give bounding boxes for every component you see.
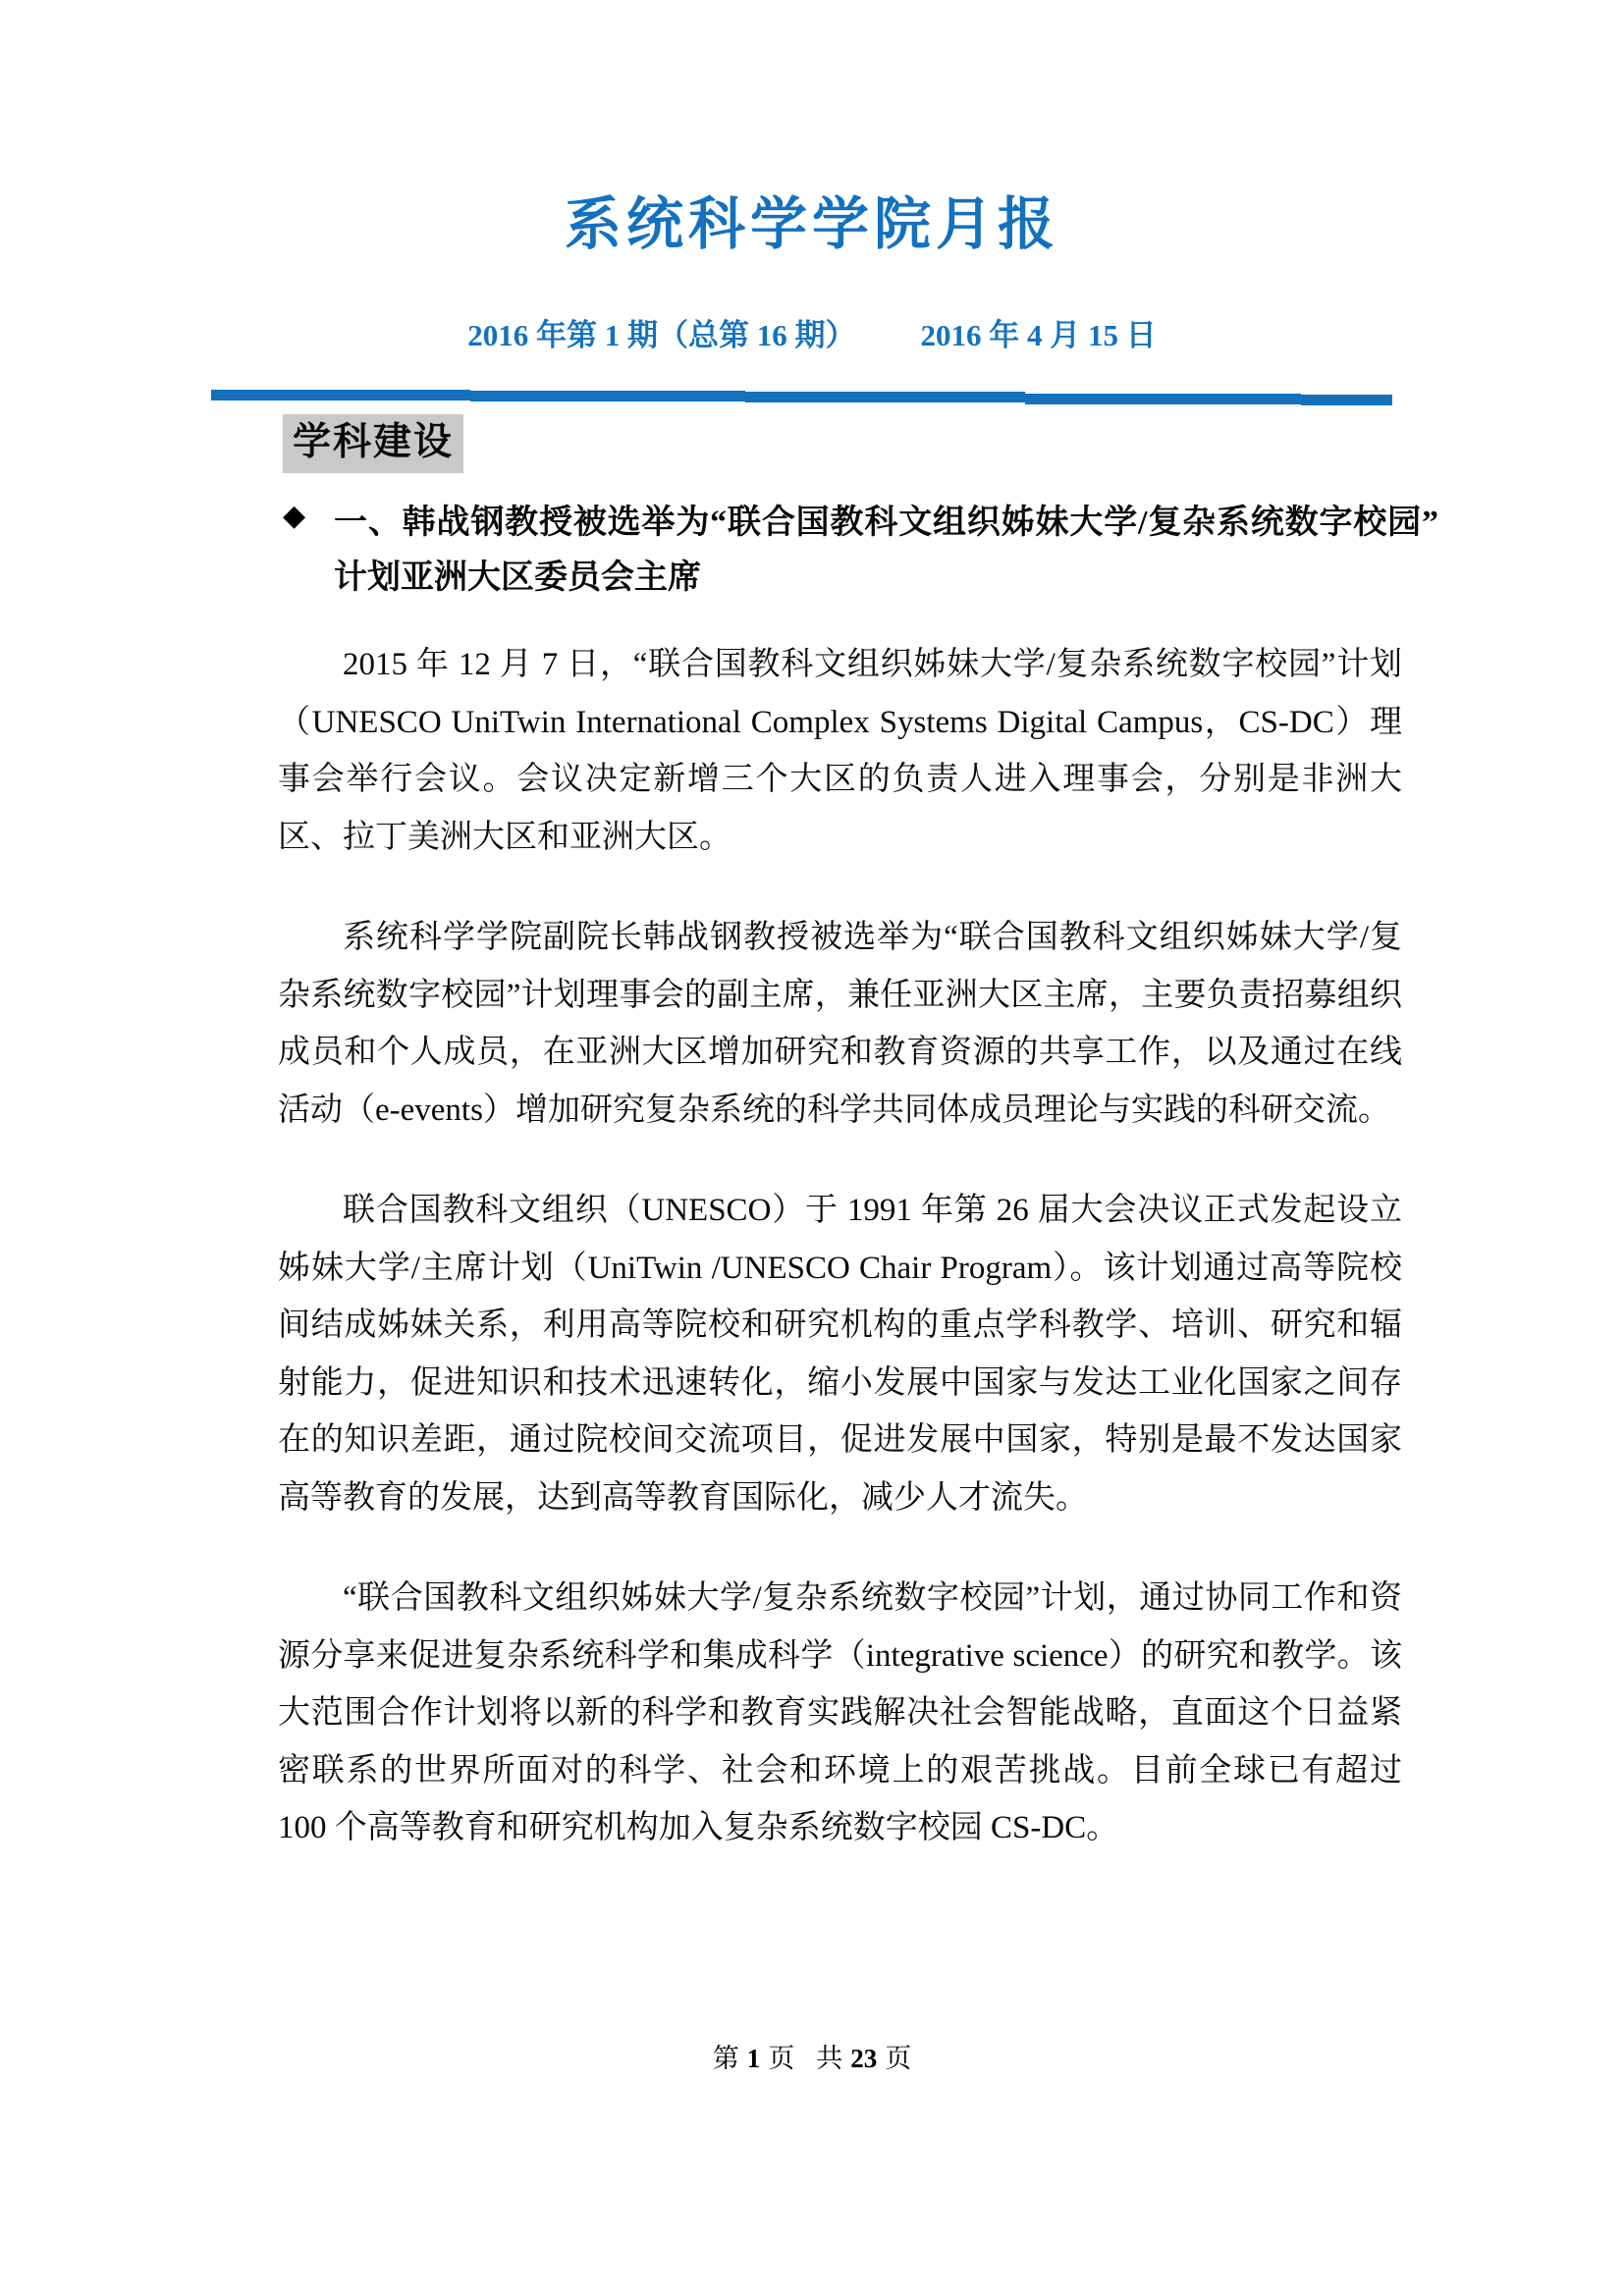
divider-rule — [211, 390, 1392, 407]
footer-label: 页 — [768, 2044, 794, 2073]
issue-date: 2016 年 4 月 15 日 — [921, 316, 1157, 355]
body-paragraph: “联合国教科文组织姊妹大学/复杂系统数字校园”计划，通过协同工作和资源分享来促进… — [278, 1570, 1402, 1857]
divider-segment — [470, 391, 745, 401]
issue-number: 2016 年第 1 期（总第 16 期） — [467, 316, 855, 355]
body-paragraph: 2015 年 12 月 7 日，“联合国教科文组织姊妹大学/复杂系统数字校园”计… — [278, 636, 1402, 866]
article-body: 2015 年 12 月 7 日，“联合国教科文组织姊妹大学/复杂系统数字校园”计… — [278, 636, 1402, 1900]
page-title: 系统科学学院月报 — [0, 188, 1624, 261]
section-header: 学科建设 — [283, 414, 463, 473]
issue-line: 2016 年第 1 期（总第 16 期） 2016 年 4 月 15 日 — [0, 316, 1624, 355]
footer-label: 第 — [713, 2044, 739, 2073]
divider-segment — [1025, 394, 1301, 404]
article-heading-text: 一、韩战钢教授被选举为“联合国教科文组织姊妹大学/复杂系统数字校园”计划亚洲大区… — [334, 496, 1438, 606]
document-page: 系统科学学院月报 2016 年第 1 期（总第 16 期） 2016 年 4 月… — [0, 0, 1624, 2296]
footer-label: 页 — [885, 2044, 911, 2073]
footer-page-number: 1 — [739, 2044, 769, 2073]
divider-segment — [211, 390, 470, 400]
body-paragraph: 联合国教科文组织（UNESCO）于 1991 年第 26 届大会决议正式发起设立… — [278, 1182, 1402, 1526]
footer-label: 共 — [816, 2044, 842, 2073]
divider-segment — [745, 392, 1025, 402]
divider-segment — [1301, 395, 1392, 405]
diamond-bullet-icon: ◆ — [283, 502, 305, 531]
footer-total-pages: 23 — [842, 2044, 885, 2073]
page-footer: 第1页共23页 — [0, 2042, 1624, 2075]
article-heading: ◆ 一、韩战钢教授被选举为“联合国教科文组织姊妹大学/复杂系统数字校园”计划亚洲… — [283, 496, 1412, 606]
body-paragraph: 系统科学学院副院长韩战钢教授被选举为“联合国教科文组织姊妹大学/复杂系统数字校园… — [278, 909, 1402, 1139]
